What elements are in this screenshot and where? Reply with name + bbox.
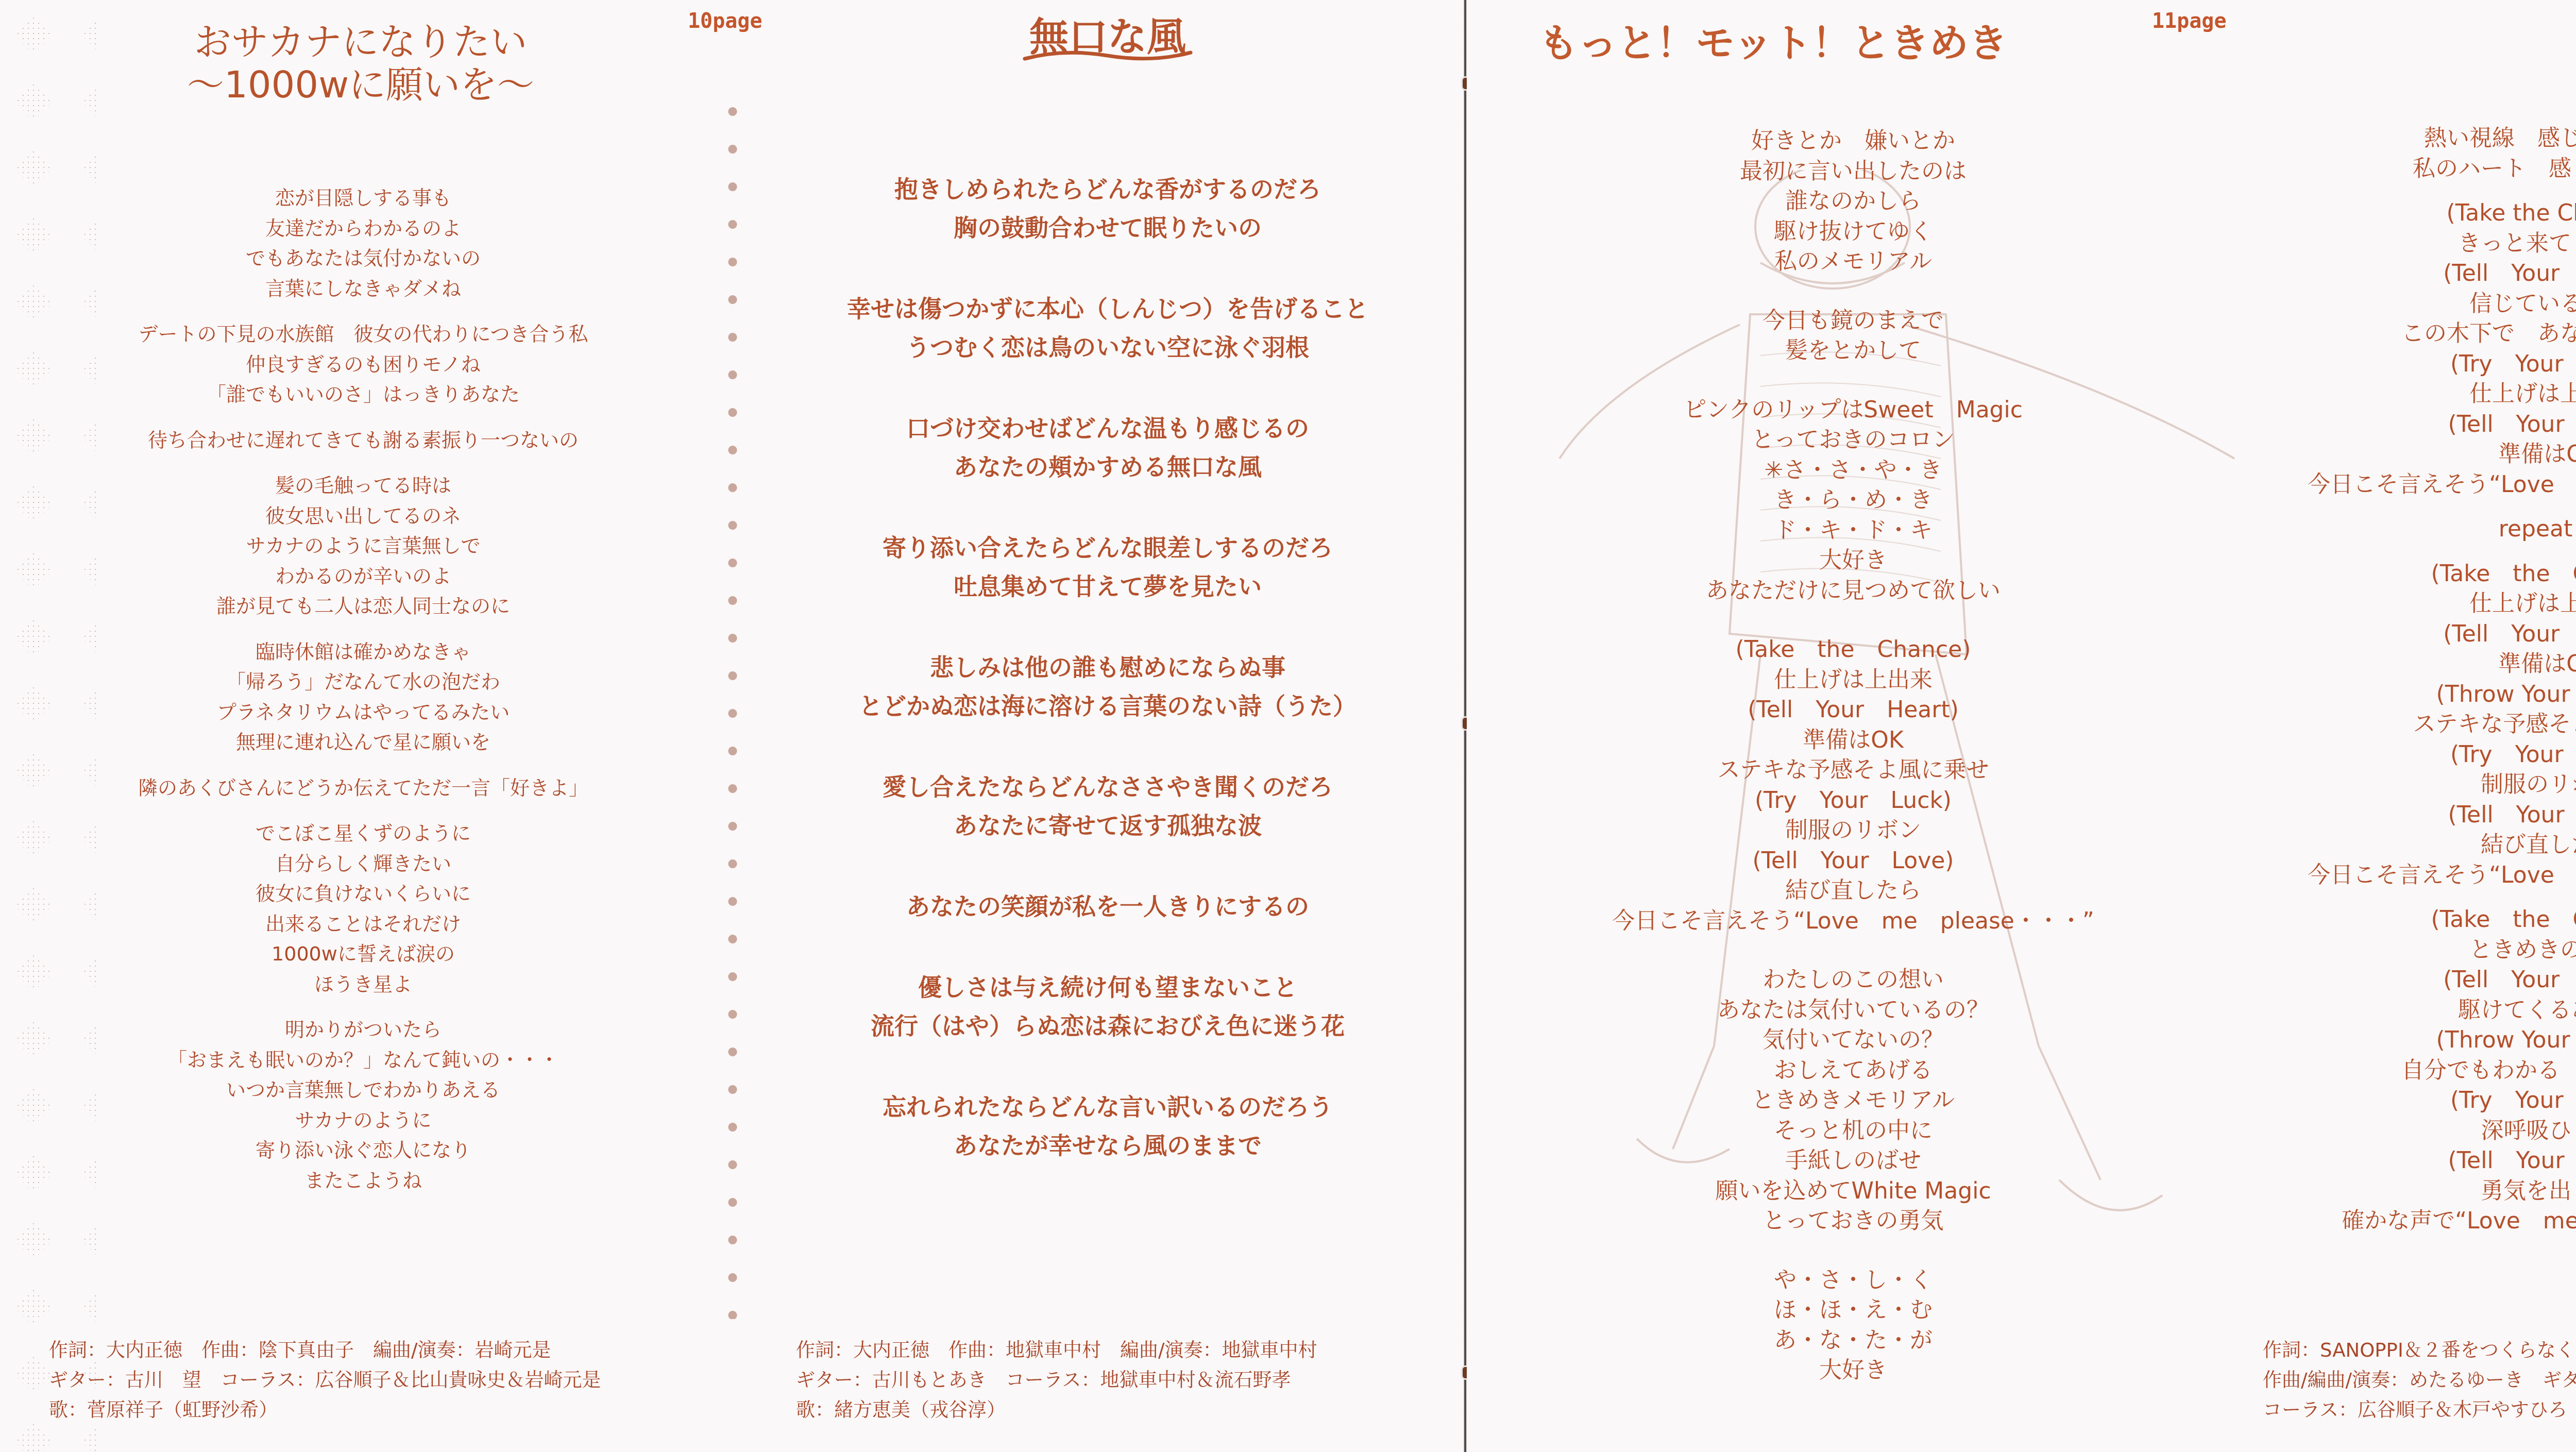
- lyric-line: や・さ・し・く: [1518, 1265, 2188, 1296]
- lyric-line: 自分でもわかる 胸の高鳴り: [2214, 1056, 2576, 1086]
- lyrics-stanza: 隣のあくびさんにどうか伝えてただ一言「好きよ」: [31, 773, 696, 803]
- lyric-line: 今日も鏡のまえで: [1518, 306, 2188, 336]
- booklet-spread: 10page おサカナになりたい ～1000wに願いを～ 恋が目隠しする事も友達…: [0, 0, 2576, 1452]
- lyric-line: 勇気を出して: [2214, 1176, 2576, 1207]
- lyric-line: 彼女思い出してるのネ: [31, 501, 696, 531]
- lyrics-stanza: 幸せは傷つかずに本心（しんじつ）を告げることうつむく恋は鳥のいない空に泳ぐ羽根: [773, 290, 1443, 367]
- lyric-line: 大好き: [1518, 1356, 2188, 1386]
- page-number-label: 10page: [688, 9, 762, 33]
- lyric-line: 熱い視線 感じるほどに: [2214, 124, 2576, 154]
- lyric-line: (Tell Your Love): [2214, 1146, 2576, 1176]
- wave-underline-icon: [1023, 48, 1193, 63]
- lyric-line: 準備はOK: [2214, 440, 2576, 470]
- lyric-line: 幸せは傷つかずに本心（しんじつ）を告げること: [773, 290, 1443, 328]
- lyrics-stanza: 好きとか 嫌いとか最初に言い出したのは誰なのかしら駆け抜けてゆく私のメモリアル: [1518, 126, 2188, 277]
- credits-mukuchi: 作詞：大内正徳 作曲：地獄車中村 編曲/演奏：地獄車中村 ギター：古川もとあき …: [796, 1336, 1317, 1425]
- lyric-line: 駆け抜けてゆく: [1518, 217, 2188, 247]
- lyric-line: 流行（はや）らぬ恋は森におびえ色に迷う花: [773, 1007, 1443, 1045]
- lyric-line: き・ら・め・き: [1518, 485, 2188, 516]
- lyric-line: (Take the Chance): [2214, 559, 2576, 589]
- lyric-line: 吐息集めて甘えて夢を見たい: [773, 567, 1443, 606]
- lyrics-stanza: 愛し合えたならどんなささやき聞くのだろあなたに寄せて返す孤独な波: [773, 768, 1443, 845]
- lyric-line: 今日こそ言えそう“Love me please・・・”: [2214, 860, 2576, 891]
- lyric-line: (Try Your Luck): [2214, 1086, 2576, 1116]
- lyric-line: ときめきメモリアル: [1518, 1086, 2188, 1116]
- lyrics-stanza: 今日も鏡のまえで髪をとかして: [1518, 306, 2188, 366]
- lyric-line: 深呼吸ひとつ: [2214, 1116, 2576, 1146]
- lyric-line: 好きとか 嫌いとか: [1518, 126, 2188, 157]
- left-page: 10page おサカナになりたい ～1000wに願いを～ 恋が目隠しする事も友達…: [0, 0, 1465, 1452]
- lyric-line: ほうき星よ: [31, 969, 696, 1000]
- lyric-line: (Tell Your Love): [2214, 800, 2576, 831]
- lyric-line: 胸の鼓動合わせて眠りたいの: [773, 209, 1443, 247]
- lyric-line: 寄り添い合えたらどんな眼差しするのだろ: [773, 529, 1443, 567]
- lyric-line: (Try Your Luck): [1518, 786, 2188, 816]
- lyrics-stanza: repeat ✳: [2214, 514, 2576, 545]
- lyric-line: ときめきの予感: [2214, 935, 2576, 966]
- lyric-line: サカナのように言葉無しで: [31, 531, 696, 561]
- lyrics-stanza: (Take the Chance)きっと来てくれる(Tell Your Hear…: [2214, 198, 2576, 500]
- lyric-line: (Try Your Luck): [2214, 349, 2576, 380]
- lyric-line: 制服のリボン: [2214, 770, 2576, 800]
- lyric-line: 今日こそ言えそう“Love me please・・・”: [2214, 470, 2576, 500]
- lyric-line: 信じているから: [2214, 289, 2576, 319]
- lyric-line: わかるのが辛いのよ: [31, 561, 696, 592]
- lyric-line: (Take the Chance): [2214, 905, 2576, 935]
- lyrics-stanza: 髪の毛触ってる時は彼女思い出してるのネサカナのように言葉無しでわかるのが辛いのよ…: [31, 470, 696, 621]
- lyrics-stanza: ピンクのリップはSweet Magicとっておきのコロン✳さ・さ・や・きき・ら・…: [1518, 395, 2188, 606]
- lyric-line: repeat ✳: [2214, 514, 2576, 545]
- lyric-line: プラネタリウムはやってるみたい: [31, 697, 696, 728]
- lyric-line: 自分らしく輝きたい: [31, 849, 696, 879]
- lyric-line: 口づけ交わせばどんな温もり感じるの: [773, 409, 1443, 448]
- lyric-line: あなたが幸せなら風のままで: [773, 1126, 1443, 1165]
- lyric-line: 仕上げは上出来: [2214, 379, 2576, 410]
- lyric-line: あなただけに見つめて欲しい: [1518, 576, 2188, 606]
- lyric-line: 「おまえも眠いのか？」なんて鈍いの・・・: [31, 1045, 696, 1075]
- lyrics-stanza: や・さ・し・くほ・ほ・え・むあ・な・た・が大好き: [1518, 1265, 2188, 1386]
- lyrics-stanza: 臨時休館は確かめなきゃ「帰ろう」だなんて水の泡だわプラネタリウムはやってるみたい…: [31, 637, 696, 757]
- lyric-line: 準備はOK: [2214, 649, 2576, 680]
- lyrics-stanza: 待ち合わせに遅れてきても謝る素振り一つないの: [31, 425, 696, 455]
- credit-line: 作詞：大内正徳 作曲：陰下真由子 編曲/演奏：岩崎元是: [49, 1336, 601, 1365]
- song-title-line1: おサカナになりたい: [103, 21, 618, 63]
- lyric-line: 愛し合えたならどんなささやき聞くのだろ: [773, 768, 1443, 806]
- lyric-line: あなたに寄せて返す孤独な波: [773, 806, 1443, 845]
- lyric-line: きっと来てくれる: [2214, 229, 2576, 259]
- lyric-line: 手紙しのばせ: [1518, 1146, 2188, 1176]
- lyric-line: 優しさは与え続け何も望まないこと: [773, 968, 1443, 1007]
- lyric-line: 駆けてくるあなた: [2214, 995, 2576, 1026]
- lyric-line: 寄り添い泳ぐ恋人になり: [31, 1135, 696, 1166]
- lyrics-stanza: 抱きしめられたらどんな香がするのだろ胸の鼓動合わせて眠りたいの: [773, 170, 1443, 247]
- lyric-line: 出来ることはそれだけ: [31, 909, 696, 939]
- lyric-line: この木下で あなたを待つわ: [2214, 319, 2576, 349]
- credit-line: ギター：古川 望 コーラス：広谷順子＆比山貴咏史＆岩崎元是: [49, 1365, 601, 1395]
- lyric-line: ド・キ・ド・キ: [1518, 516, 2188, 546]
- lyric-line: わたしのこの想い: [1518, 965, 2188, 995]
- lyric-line: ステキな予感そよ風に乗せ: [1518, 755, 2188, 786]
- lyric-line: (Tell Your Heart): [2214, 619, 2576, 650]
- lyric-line: 1000wに誓えば涙の: [31, 939, 696, 969]
- lyric-line: 臨時休館は確かめなきゃ: [31, 637, 696, 667]
- lyric-line: 準備はOK: [1518, 725, 2188, 756]
- lyrics-stanza: 優しさは与え続け何も望まないこと流行（はや）らぬ恋は森におびえ色に迷う花: [773, 968, 1443, 1045]
- lyric-line: ピンクのリップはSweet Magic: [1518, 395, 2188, 426]
- lyric-line: 大好き: [1518, 546, 2188, 576]
- lyric-line: あなたの頬かすめる無口な風: [773, 448, 1443, 486]
- lyrics-stanza: わたしのこの想いあなたは気付いているの？気付いてないの？おしえてあげるときめきメ…: [1518, 965, 2188, 1237]
- lyrics-stanza: (Take the Chance)仕上げは上出来(Tell Your Heart…: [1518, 635, 2188, 936]
- lyric-line: 友達だからわかるのよ: [31, 213, 696, 244]
- lyric-line: 私のハート 感じて欲しい: [2214, 154, 2576, 184]
- lyric-line: 結び直したら: [1518, 876, 2188, 906]
- lyrics-motto-column-2: 熱い視線 感じるほどに私のハート 感じて欲しい(Take the Chance)…: [2214, 124, 2576, 1251]
- lyrics-stanza: あなたの笑顔が私を一人きりにするの: [773, 887, 1443, 926]
- lyric-line: (Tell Your Love): [2214, 410, 2576, 440]
- lyric-line: (Throw Your Charm): [2214, 680, 2576, 710]
- lyrics-stanza: 悲しみは他の誰も慰めにならぬ事とどかぬ恋は海に溶ける言葉のない詩（うた）: [773, 648, 1443, 725]
- lyric-line: そっと机の中に: [1518, 1116, 2188, 1146]
- lyric-line: 抱きしめられたらどんな香がするのだろ: [773, 170, 1443, 209]
- lyric-line: ✳さ・さ・や・き: [1518, 455, 2188, 486]
- lyric-line: (Tell Your Heart): [1518, 695, 2188, 725]
- lyric-line: (Tell Your Love): [1518, 846, 2188, 876]
- credit-line: 作詞：大内正徳 作曲：地獄車中村 編曲/演奏：地獄車中村: [796, 1336, 1317, 1365]
- lyric-line: 仲良すぎるのも困りモノね: [31, 349, 696, 380]
- lyric-line: (Try Your Luck): [2214, 740, 2576, 770]
- lyric-line: 確かな声で“Love me please・・・”: [2214, 1206, 2576, 1237]
- credit-line: 作詞：SANOPPI＆２番をつくらなくちゃネ！実行委員会: [2263, 1336, 2576, 1365]
- lyric-line: 恋が目隠しする事も: [31, 183, 696, 213]
- lyrics-motto-column-1: 好きとか 嫌いとか最初に言い出したのは誰なのかしら駆け抜けてゆく私のメモリアル今…: [1518, 126, 2188, 1415]
- lyric-line: 誰なのかしら: [1518, 187, 2188, 217]
- lyric-line: とどかぬ恋は海に溶ける言葉のない詩（うた）: [773, 687, 1443, 725]
- lyric-line: (Take the Chance): [1518, 635, 2188, 665]
- lyric-line: 「帰ろう」だなんて水の泡だわ: [31, 667, 696, 697]
- lyrics-stanza: でこぼこ星くずのように自分らしく輝きたい彼女に負けないくらいに出来ることはそれだ…: [31, 818, 696, 999]
- lyric-line: 髪をとかして: [1518, 336, 2188, 366]
- lyric-line: でもあなたは気付かないの: [31, 243, 696, 274]
- lyrics-stanza: 明かりがついたら「おまえも眠いのか？」なんて鈍いの・・・いつか言葉無しでわかりあ…: [31, 1015, 696, 1195]
- lyric-line: あ・な・た・が: [1518, 1326, 2188, 1356]
- lyric-line: 髪の毛触ってる時は: [31, 470, 696, 501]
- right-page: 11page もっと！モット！ときめき 好きとか 嫌いとか最初に言い出したのは誰…: [1467, 0, 2576, 1452]
- lyric-line: うつむく恋は鳥のいない空に泳ぐ羽根: [773, 328, 1443, 367]
- credits-osakana: 作詞：大内正徳 作曲：陰下真由子 編曲/演奏：岩崎元是 ギター：古川 望 コーラ…: [49, 1336, 601, 1425]
- lyric-line: いつか言葉無しでわかりあえる: [31, 1075, 696, 1105]
- lyrics-stanza: デートの下見の水族館 彼女の代わりにつき合う私仲良すぎるのも困りモノね「誰でもい…: [31, 319, 696, 410]
- lyric-line: 仕上げは上出来: [1518, 665, 2188, 696]
- lyrics-stanza: (Take the Chance)仕上げは上出来(Tell Your Heart…: [2214, 559, 2576, 891]
- lyric-line: ステキな予感そよ風に乗せ: [2214, 710, 2576, 740]
- lyric-line: 私のメモリアル: [1518, 247, 2188, 277]
- lyric-line: 仕上げは上出来: [2214, 589, 2576, 619]
- lyrics-stanza: 寄り添い合えたらどんな眼差しするのだろ吐息集めて甘えて夢を見たい: [773, 529, 1443, 606]
- lyric-line: 願いを込めてWhite Magic: [1518, 1176, 2188, 1207]
- credits-motto: 作詞：SANOPPI＆２番をつくらなくちゃネ！実行委員会 作曲/編曲/演奏：めた…: [2263, 1336, 2576, 1425]
- lyric-line: 最初に言い出したのは: [1518, 157, 2188, 187]
- lyric-line: 彼女に負けないくらいに: [31, 879, 696, 909]
- lyrics-stanza: 恋が目隠しする事も友達だからわかるのよでもあなたは気付かないの言葉にしなきゃダメ…: [31, 183, 696, 303]
- lyric-line: 忘れられたならどんな言い訳いるのだろう: [773, 1088, 1443, 1126]
- lyrics-mukuchi: 抱きしめられたらどんな香がするのだろ胸の鼓動合わせて眠りたいの幸せは傷つかずに本…: [773, 170, 1443, 1207]
- lyric-line: 隣のあくびさんにどうか伝えてただ一言「好きよ」: [31, 773, 696, 803]
- lyric-line: (Tell Your Heart): [2214, 259, 2576, 289]
- credit-line: コーラス：広谷順子＆木戸やすひろ 歌：金月真美（藤崎詩織）: [2263, 1395, 2576, 1425]
- lyric-line: 無理に連れ込んで星に願いを: [31, 727, 696, 757]
- lyric-line: 制服のリボン: [1518, 816, 2188, 846]
- lyric-line: あなたの笑顔が私を一人きりにするの: [773, 887, 1443, 926]
- lyric-line: 明かりがついたら: [31, 1015, 696, 1045]
- lyric-line: (Take the Chance): [2214, 198, 2576, 229]
- lyric-line: 言葉にしなきゃダメね: [31, 274, 696, 304]
- lyrics-stanza: 忘れられたならどんな言い訳いるのだろうあなたが幸せなら風のままで: [773, 1088, 1443, 1165]
- credit-line: 作曲/編曲/演奏：めたるゆーき ギター：古川もとあき: [2263, 1365, 2576, 1395]
- lyric-line: でこぼこ星くずのように: [31, 818, 696, 849]
- lyric-line: デートの下見の水族館 彼女の代わりにつき合う私: [31, 319, 696, 349]
- lyric-line: ほ・ほ・え・む: [1518, 1295, 2188, 1326]
- lyric-line: サカナのように: [31, 1105, 696, 1136]
- lyric-line: 「誰でもいいのさ」はっきりあなた: [31, 379, 696, 410]
- song-title-motto: もっと！モット！ときめき: [1539, 21, 2054, 65]
- lyrics-stanza: 口づけ交わせばどんな温もり感じるのあなたの頬かすめる無口な風: [773, 409, 1443, 486]
- lyric-line: 気付いてないの？: [1518, 1025, 2188, 1056]
- song-title-osakana: おサカナになりたい ～1000wに願いを～: [103, 21, 618, 106]
- page-number-label: 11page: [2152, 9, 2227, 33]
- lyric-line: またこようね: [31, 1166, 696, 1196]
- lyric-line: とっておきの勇気: [1518, 1206, 2188, 1237]
- lyric-line: 誰が見ても二人は恋人同士なのに: [31, 591, 696, 621]
- lyrics-stanza: 熱い視線 感じるほどに私のハート 感じて欲しい: [2214, 124, 2576, 184]
- lyric-line: 今日こそ言えそう“Love me please・・・”: [1518, 906, 2188, 937]
- credit-line: ギター：古川もとあき コーラス：地獄車中村＆流石野孝: [796, 1365, 1317, 1395]
- dotted-column-divider: [727, 93, 738, 1319]
- lyric-line: 結び直したら: [2214, 830, 2576, 860]
- lyric-line: 悲しみは他の誰も慰めにならぬ事: [773, 648, 1443, 687]
- lyrics-osakana: 恋が目隠しする事も友達だからわかるのよでもあなたは気付かないの言葉にしなきゃダメ…: [31, 183, 696, 1211]
- lyric-line: (Throw Your Charm): [2214, 1025, 2576, 1056]
- lyric-line: あなたは気付いているの？: [1518, 995, 2188, 1026]
- lyric-line: (Tell Your Heart): [2214, 965, 2576, 995]
- lyric-line: とっておきのコロン: [1518, 425, 2188, 455]
- lyric-line: 待ち合わせに遅れてきても謝る素振り一つないの: [31, 425, 696, 455]
- lyrics-stanza: (Take the Chance)ときめきの予感(Tell Your Heart…: [2214, 905, 2576, 1237]
- song-title-line2: ～1000wに願いを～: [103, 63, 618, 106]
- lyric-line: おしえてあげる: [1518, 1056, 2188, 1086]
- credit-line: 歌：菅原祥子（虹野沙希）: [49, 1395, 601, 1425]
- credit-line: 歌：緒方恵美（戎谷淳）: [796, 1395, 1317, 1425]
